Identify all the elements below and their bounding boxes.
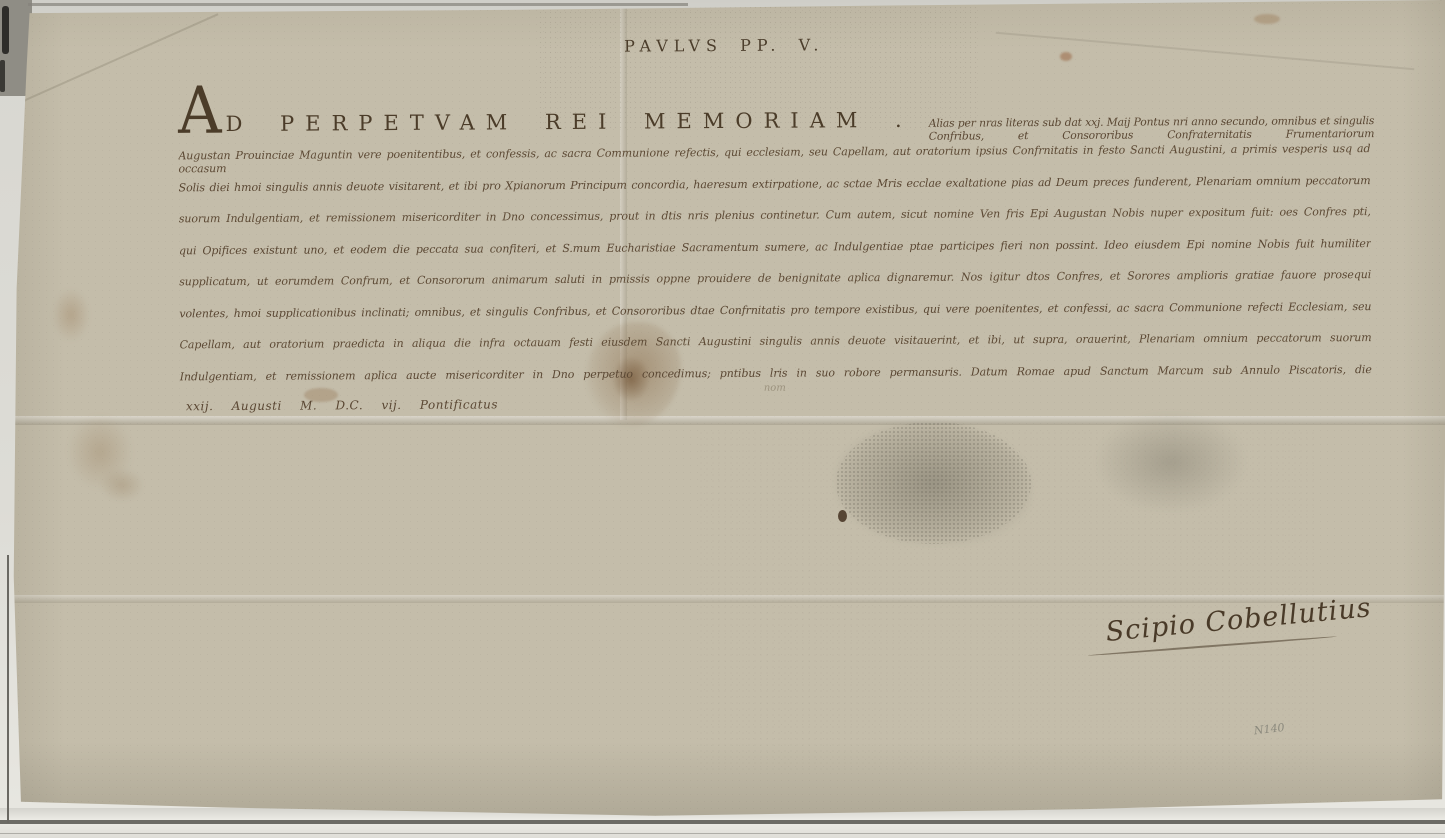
- pencil-annotation: N140: [1253, 721, 1285, 737]
- wood-slot: [0, 60, 5, 92]
- photo-scene: PAVLVS PP. V. A D PERPETVAM REI MEMORIAM…: [0, 0, 1445, 838]
- body-line: Alias per nras literas sub dat xxj. Maij…: [929, 114, 1375, 143]
- parchment-document: PAVLVS PP. V. A D PERPETVAM REI MEMORIAM…: [8, 0, 1445, 824]
- wood-crack-left: [7, 555, 9, 823]
- date-line: xxij. Augusti M. D.C. vij. Pontificatus: [186, 397, 498, 413]
- wood-plank-gap: [0, 820, 1445, 824]
- drop-cap-initial: A: [178, 87, 222, 136]
- secretary-signature: Scipio Cobellutius: [1104, 593, 1366, 648]
- wood-plank-gap-top: [28, 3, 688, 6]
- doc-heading: D PERPETVAM REI MEMORIAM .: [226, 108, 913, 136]
- manuscript-text: PAVLVS PP. V. A D PERPETVAM REI MEMORIAM…: [5, 0, 1445, 828]
- heading-row: A D PERPETVAM REI MEMORIAM . Alias per n…: [178, 82, 1374, 147]
- wood-plank-gap-light: [0, 833, 1445, 834]
- body-text: Augustan Prouinciae Maguntin vere poenit…: [178, 142, 1372, 401]
- bleedthrough-text: nom: [764, 383, 786, 394]
- wood-slot: [2, 6, 9, 54]
- pope-name-header: PAVLVS PP. V.: [6, 32, 1443, 60]
